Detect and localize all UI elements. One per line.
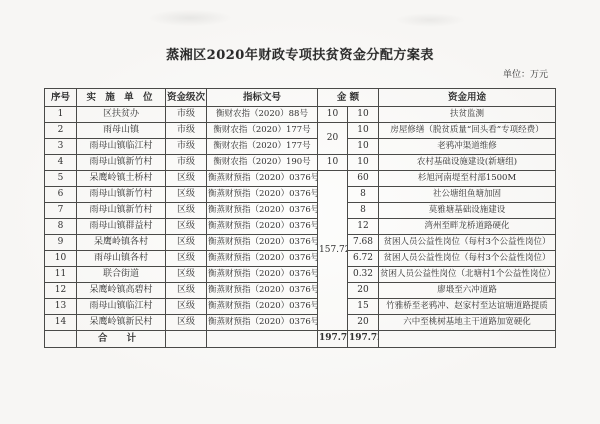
- cell-unit: 雨母山镇新竹村: [77, 155, 166, 171]
- scanned-document-page: { "page": { "title": "蒸湘区2020年财政专项扶贫资金分配…: [0, 0, 600, 424]
- cell-unit: 区扶贫办: [77, 107, 166, 123]
- cell-doc: 衡蒸财预指（2020）0376号: [207, 283, 318, 299]
- cell-level: 市级: [166, 107, 207, 123]
- cell-usage: 湾州至畔龙桥道路硬化: [379, 219, 556, 235]
- cell-unit: 呆鹰岭镇土桥村: [77, 171, 166, 187]
- cell-level: 区级: [166, 219, 207, 235]
- table-row: 1 区扶贫办 市级 衡财农指（2020）88号 10 10 扶贫监测: [45, 107, 556, 123]
- cell-amount-group: 10: [318, 155, 348, 171]
- cell-usage: 房屋修缮（脱贫质量“回头看”专项经费）: [379, 123, 556, 139]
- cell-amount: 8: [348, 187, 379, 203]
- cell-amount: 20: [348, 315, 379, 331]
- cell-level: 区级: [166, 171, 207, 187]
- cell-doc-empty: [207, 331, 318, 348]
- table-row: 8 雨母山镇群益村 区级 衡蒸财预指（2020）0376号 12 湾州至畔龙桥道…: [45, 219, 556, 235]
- cell-doc: 衡财农指（2020）190号: [207, 155, 318, 171]
- table-row: 4 雨母山镇新竹村 市级 衡财农指（2020）190号 10 10 农村基础设施…: [45, 155, 556, 171]
- header-usage: 资金用途: [379, 89, 556, 107]
- cell-amount: 10: [348, 107, 379, 123]
- total-label: 合 计: [77, 331, 166, 348]
- cell-doc: 衡蒸财预指（2020）0376号: [207, 315, 318, 331]
- cell-unit: 雨母山镇临江村: [77, 299, 166, 315]
- cell-amount: 8: [348, 203, 379, 219]
- cell-unit: 雨母山镇临江村: [77, 139, 166, 155]
- cell-amount: 15: [348, 299, 379, 315]
- cell-index: 4: [45, 155, 77, 171]
- cell-amount: 10: [348, 155, 379, 171]
- cell-doc: 衡财农指（2020）177号: [207, 123, 318, 139]
- cell-index: 12: [45, 283, 77, 299]
- header-fund-level: 资金级次: [166, 89, 207, 107]
- total-row: 合 计 197.72 197.72: [45, 331, 556, 348]
- cell-doc: 衡蒸财预指（2020）0376号: [207, 299, 318, 315]
- cell-level-empty: [166, 331, 207, 348]
- table-row: 14 呆鹰岭镇新民村 区级 衡蒸财预指（2020）0376号 20 六中至桃树基…: [45, 315, 556, 331]
- cell-amount: 12: [348, 219, 379, 235]
- table-header-row: 序号 实 施 单 位 资金级次 指标文号 金 额 资金用途: [45, 89, 556, 107]
- cell-level: 市级: [166, 139, 207, 155]
- cell-level: 区级: [166, 187, 207, 203]
- cell-index: 11: [45, 267, 77, 283]
- cell-level: 区级: [166, 283, 207, 299]
- cell-amount: 10: [348, 139, 379, 155]
- cell-level: 区级: [166, 267, 207, 283]
- header-index: 序号: [45, 89, 77, 107]
- cell-amount-group: 20: [318, 123, 348, 155]
- cell-doc: 衡蒸财预指（2020）0376号: [207, 251, 318, 267]
- cell-level: 市级: [166, 155, 207, 171]
- cell-unit: 雨母山镇新竹村: [77, 203, 166, 219]
- table-row: 7 雨母山镇新竹村 区级 衡蒸财预指（2020）0376号 8 莫雅塘基础设施建…: [45, 203, 556, 219]
- cell-index-empty: [45, 331, 77, 348]
- cell-index: 8: [45, 219, 77, 235]
- cell-usage: 农村基础设施建设(新塘组): [379, 155, 556, 171]
- table-row: 3 雨母山镇临江村 市级 衡财农指（2020）177号 10 老鸦冲渠道维修: [45, 139, 556, 155]
- header-amount: 金 额: [318, 89, 379, 107]
- cell-unit: 雨母山镇新竹村: [77, 187, 166, 203]
- cell-usage: 扶贫监测: [379, 107, 556, 123]
- cell-unit: 雨母山镇各村: [77, 251, 166, 267]
- cell-amount: 10: [348, 123, 379, 139]
- cell-level: 区级: [166, 299, 207, 315]
- cell-amount: 0.32: [348, 267, 379, 283]
- cell-usage: 竹雅桥至老鸦冲、赵家村至达谊塘道路提质: [379, 299, 556, 315]
- cell-amount: 60: [348, 171, 379, 187]
- cell-amount: 6.72: [348, 251, 379, 267]
- cell-index: 1: [45, 107, 77, 123]
- cell-doc: 衡财农指（2020）88号: [207, 107, 318, 123]
- table-row: 12 呆鹰岭镇高碧村 区级 衡蒸财预指（2020）0376号 20 廖塅至六冲道…: [45, 283, 556, 299]
- cell-index: 14: [45, 315, 77, 331]
- total-amount-group: 197.72: [318, 331, 348, 348]
- cell-index: 6: [45, 187, 77, 203]
- cell-level: 市级: [166, 123, 207, 139]
- cell-doc: 衡蒸财预指（2020）0376号: [207, 267, 318, 283]
- cell-usage: 老鸦冲渠道维修: [379, 139, 556, 155]
- cell-unit: 呆鹰岭镇高碧村: [77, 283, 166, 299]
- allocation-table: 序号 实 施 单 位 资金级次 指标文号 金 额 资金用途 1 区扶贫办 市级 …: [44, 88, 556, 348]
- cell-index: 13: [45, 299, 77, 315]
- cell-usage-empty: [379, 331, 556, 348]
- table-row: 5 呆鹰岭镇土桥村 区级 衡蒸财预指（2020）0376号 157.72 60 …: [45, 171, 556, 187]
- cell-usage: 贫困人员公益性岗位（北塘村1个公益性岗位）: [379, 267, 556, 283]
- cell-doc: 衡财农指（2020）177号: [207, 139, 318, 155]
- cell-usage: 莫雅塘基础设施建设: [379, 203, 556, 219]
- header-doc-no: 指标文号: [207, 89, 318, 107]
- cell-doc: 衡蒸财预指（2020）0376号: [207, 187, 318, 203]
- cell-unit: 雨母山镇: [77, 123, 166, 139]
- cell-usage: 廖塅至六冲道路: [379, 283, 556, 299]
- table-row: 6 雨母山镇新竹村 区级 衡蒸财预指（2020）0376号 8 社公塘组鱼塘加固: [45, 187, 556, 203]
- cell-doc: 衡蒸财预指（2020）0376号: [207, 219, 318, 235]
- cell-usage: 贫困人员公益性岗位（每村3个公益性岗位）: [379, 235, 556, 251]
- cell-index: 2: [45, 123, 77, 139]
- cell-unit: 呆鹰岭镇各村: [77, 235, 166, 251]
- cell-doc: 衡蒸财预指（2020）0376号: [207, 171, 318, 187]
- cell-unit: 雨母山镇群益村: [77, 219, 166, 235]
- cell-level: 区级: [166, 251, 207, 267]
- cell-amount: 20: [348, 283, 379, 299]
- table-row: 10 雨母山镇各村 区级 衡蒸财预指（2020）0376号 6.72 贫困人员公…: [45, 251, 556, 267]
- cell-amount: 7.68: [348, 235, 379, 251]
- cell-usage: 六中至桃树基地主干道路加宽硬化: [379, 315, 556, 331]
- cell-level: 区级: [166, 235, 207, 251]
- cell-index: 5: [45, 171, 77, 187]
- cell-usage: 杉旭河南堤至村部1500M: [379, 171, 556, 187]
- table-row: 11 联合街道 区级 衡蒸财预指（2020）0376号 0.32 贫困人员公益性…: [45, 267, 556, 283]
- cell-amount-group: 10: [318, 107, 348, 123]
- page-title: 蒸湘区2020年财政专项扶贫资金分配方案表: [0, 44, 600, 63]
- table-row: 13 雨母山镇临江村 区级 衡蒸财预指（2020）0376号 15 竹雅桥至老鸦…: [45, 299, 556, 315]
- cell-unit: 呆鹰岭镇新民村: [77, 315, 166, 331]
- table-row: 9 呆鹰岭镇各村 区级 衡蒸财预指（2020）0376号 7.68 贫困人员公益…: [45, 235, 556, 251]
- cell-level: 区级: [166, 203, 207, 219]
- cell-usage: 贫困人员公益性岗位（每村3个公益性岗位）: [379, 251, 556, 267]
- cell-doc: 衡蒸财预指（2020）0376号: [207, 203, 318, 219]
- cell-index: 9: [45, 235, 77, 251]
- cell-amount-group: 157.72: [318, 171, 348, 331]
- cell-index: 7: [45, 203, 77, 219]
- cell-index: 3: [45, 139, 77, 155]
- cell-level: 区级: [166, 315, 207, 331]
- table-row: 2 雨母山镇 市级 衡财农指（2020）177号 20 10 房屋修缮（脱贫质量…: [45, 123, 556, 139]
- total-amount: 197.72: [348, 331, 379, 348]
- unit-label: 单位：万元: [503, 67, 548, 80]
- cell-index: 10: [45, 251, 77, 267]
- cell-usage: 社公塘组鱼塘加固: [379, 187, 556, 203]
- header-unit: 实 施 单 位: [77, 89, 166, 107]
- cell-doc: 衡蒸财预指（2020）0376号: [207, 235, 318, 251]
- cell-unit: 联合街道: [77, 267, 166, 283]
